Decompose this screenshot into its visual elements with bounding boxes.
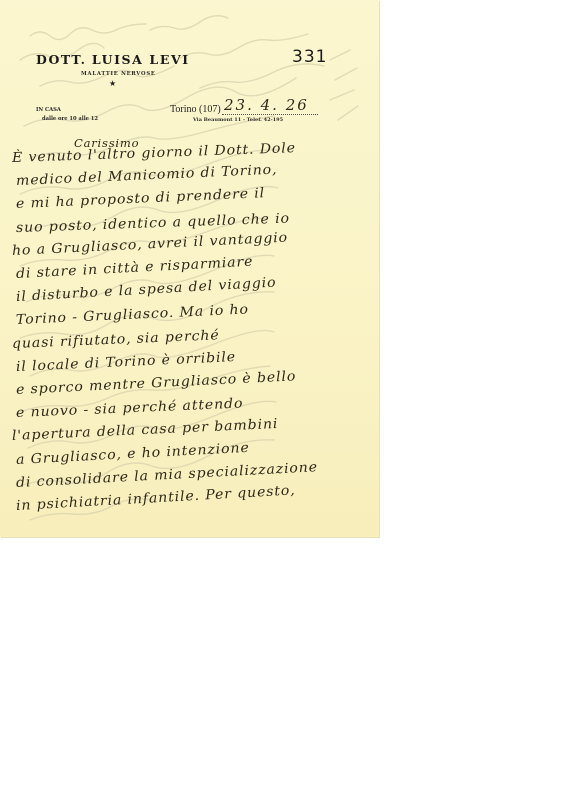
handwritten-line: quasi rifiutato, sia perché xyxy=(12,327,220,352)
letterhead-hours: dalle ore 10 alle 12 xyxy=(42,116,98,122)
star-ornament-icon: ★ xyxy=(109,79,116,88)
letterhead-doctor-name: LUISA LEVI xyxy=(92,52,190,67)
handwritten-date: 23. 4. 26 xyxy=(224,96,309,114)
handwritten-line: e mi ha proposto di prendere il xyxy=(16,186,266,213)
handwritten-line: a Grugliasco, e ho intenzione xyxy=(16,439,250,467)
handwritten-line: Torino - Grugliasco. Ma io ho xyxy=(16,302,250,329)
handwritten-line: e nuovo - sia perché attendo xyxy=(16,396,244,422)
handwritten-line: il locale di Torino è orribile xyxy=(16,349,237,375)
letterhead-home-label: IN CASA xyxy=(36,107,61,113)
letterhead-title-prefix: DOTT. xyxy=(36,52,87,67)
archive-number: 331 xyxy=(292,47,327,67)
letterhead-address: Via Beaumont 11 - Telef. 42-195 xyxy=(193,117,283,123)
date-line xyxy=(222,114,318,115)
letterhead-specialty: MALATTIE NERVOSE xyxy=(81,71,156,77)
letterhead-name: DOTT. LUISA LEVI xyxy=(36,52,190,67)
letterhead-city: Torino (107) xyxy=(170,104,221,115)
handwritten-line: medico del Manicomio di Torino, xyxy=(16,162,278,189)
letter-page: 331 DOTT. LUISA LEVI MALATTIE NERVOSE ★ … xyxy=(0,0,379,537)
